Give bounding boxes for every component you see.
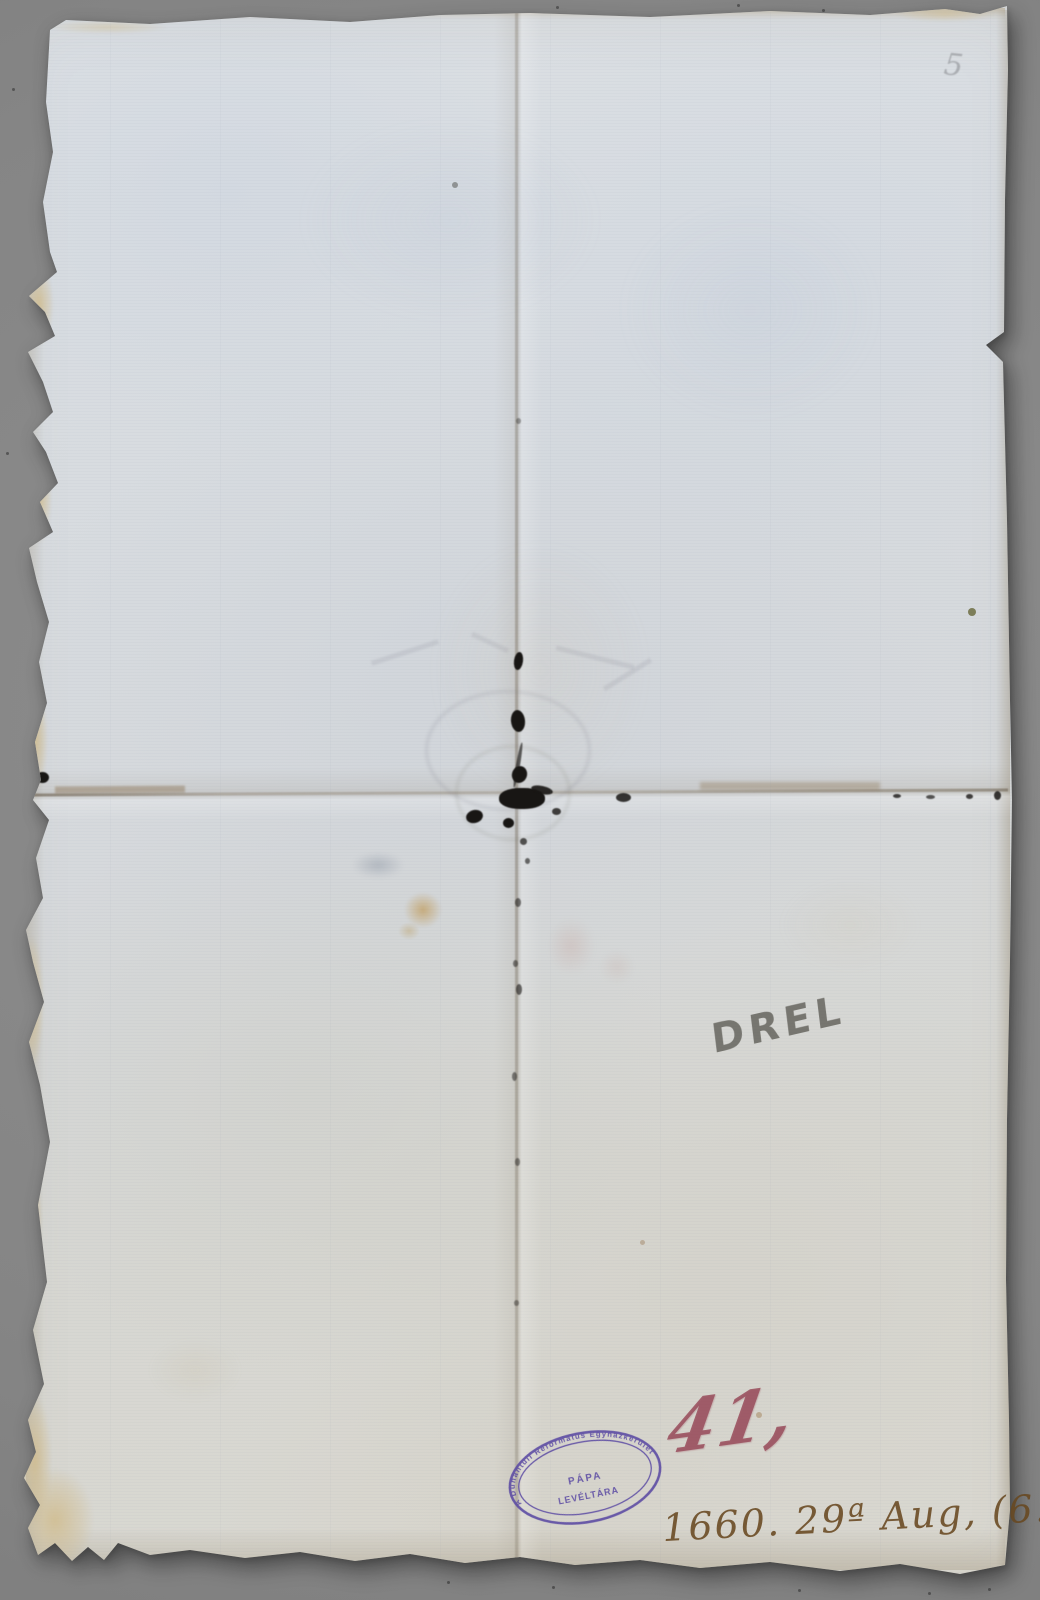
horizontal-fold-shading: [28, 764, 1010, 822]
gray-smudge: [352, 852, 404, 878]
torn-edge-fragment: [16, 1468, 94, 1572]
ink-bleed-spot: [503, 818, 514, 828]
ink-bleed-spot: [530, 784, 553, 796]
ink-bleed-spot: [525, 858, 530, 864]
deckle-edge-stain: [48, 20, 168, 34]
torn-edge-fragment: [20, 935, 44, 1070]
fold-crease-stain: [700, 782, 880, 790]
ink-bleed-spot: [516, 984, 522, 995]
ink-bleed-spot: [510, 764, 530, 785]
ink-bleed-spot: [926, 795, 935, 799]
ink-bleed-spot: [515, 1158, 520, 1166]
ink-bleed-spot: [512, 742, 524, 788]
ink-bleed-spot: [514, 1300, 519, 1306]
deckle-edge-stain: [895, 6, 995, 22]
ink-bleed-spot: [616, 793, 631, 802]
bleed-through-ghost: [371, 639, 439, 665]
bleed-through-ghost: [471, 632, 509, 653]
vertical-fold-crease: [515, 12, 518, 1568]
ink-bleed-spot: [966, 794, 973, 799]
warm-discoloration: [430, 540, 650, 800]
ink-bleed-spot: [465, 808, 485, 825]
ink-bleed-spot: [515, 898, 521, 907]
warm-discoloration: [150, 1340, 240, 1400]
pink-smudge: [600, 950, 634, 984]
bleed-through-ghost: [425, 690, 591, 811]
foxing-spot: [640, 1240, 645, 1245]
blue-tone-patch: [620, 200, 880, 420]
ink-bleed-spot: [512, 1072, 517, 1081]
torn-edge-fragment: [22, 1175, 42, 1260]
corner-mark: 5: [942, 47, 965, 84]
edge-discoloration-top: [30, 8, 1005, 20]
yellow-stain: [398, 922, 420, 940]
pink-smudge: [548, 918, 594, 974]
stamp-center-text: PÁPA: [567, 1470, 603, 1487]
vertical-fold-shading: [494, 10, 542, 1580]
ink-bleed-spot: [513, 651, 524, 670]
bleed-through-ghost: [603, 658, 652, 691]
brown-speck: [452, 182, 458, 188]
ink-bleed-spot: [36, 772, 49, 783]
horizontal-fold-crease: [30, 788, 1008, 796]
ink-bleed-spot: [994, 791, 1001, 800]
ink-bleed-spot: [520, 838, 527, 845]
ink-bleed-spot: [516, 418, 521, 424]
warm-discoloration: [780, 880, 920, 970]
fold-crease-stain: [55, 786, 185, 794]
paper-surface: [0, 0, 1040, 1600]
yellow-stain: [404, 892, 442, 928]
bleed-through-ghost: [455, 745, 571, 841]
torn-edge-fragment: [18, 1395, 52, 1525]
stamp-bottom-text: LEVÉLTÁRA: [557, 1485, 619, 1507]
torn-edge-fragment: [26, 452, 52, 544]
torn-edge-fragment: [22, 688, 48, 792]
edge-discoloration-right: [996, 10, 1010, 1565]
ink-bleed-spot: [510, 709, 526, 732]
archive-photo: 5 DREL A Dunántúli Református Egyházkerü…: [0, 0, 1040, 1600]
blue-tone-patch: [300, 120, 600, 320]
torn-edge-fragment: [24, 264, 54, 346]
ink-bleed-spot: [513, 960, 518, 967]
ink-bleed-spot: [499, 788, 545, 809]
brown-speck: [968, 608, 976, 616]
ink-bleed-spot: [893, 794, 901, 798]
document-sheet: [0, 0, 1040, 1600]
ink-bleed-spot: [552, 808, 561, 815]
edge-discoloration-left: [26, 20, 44, 1560]
bleed-through-ghost: [556, 645, 635, 669]
